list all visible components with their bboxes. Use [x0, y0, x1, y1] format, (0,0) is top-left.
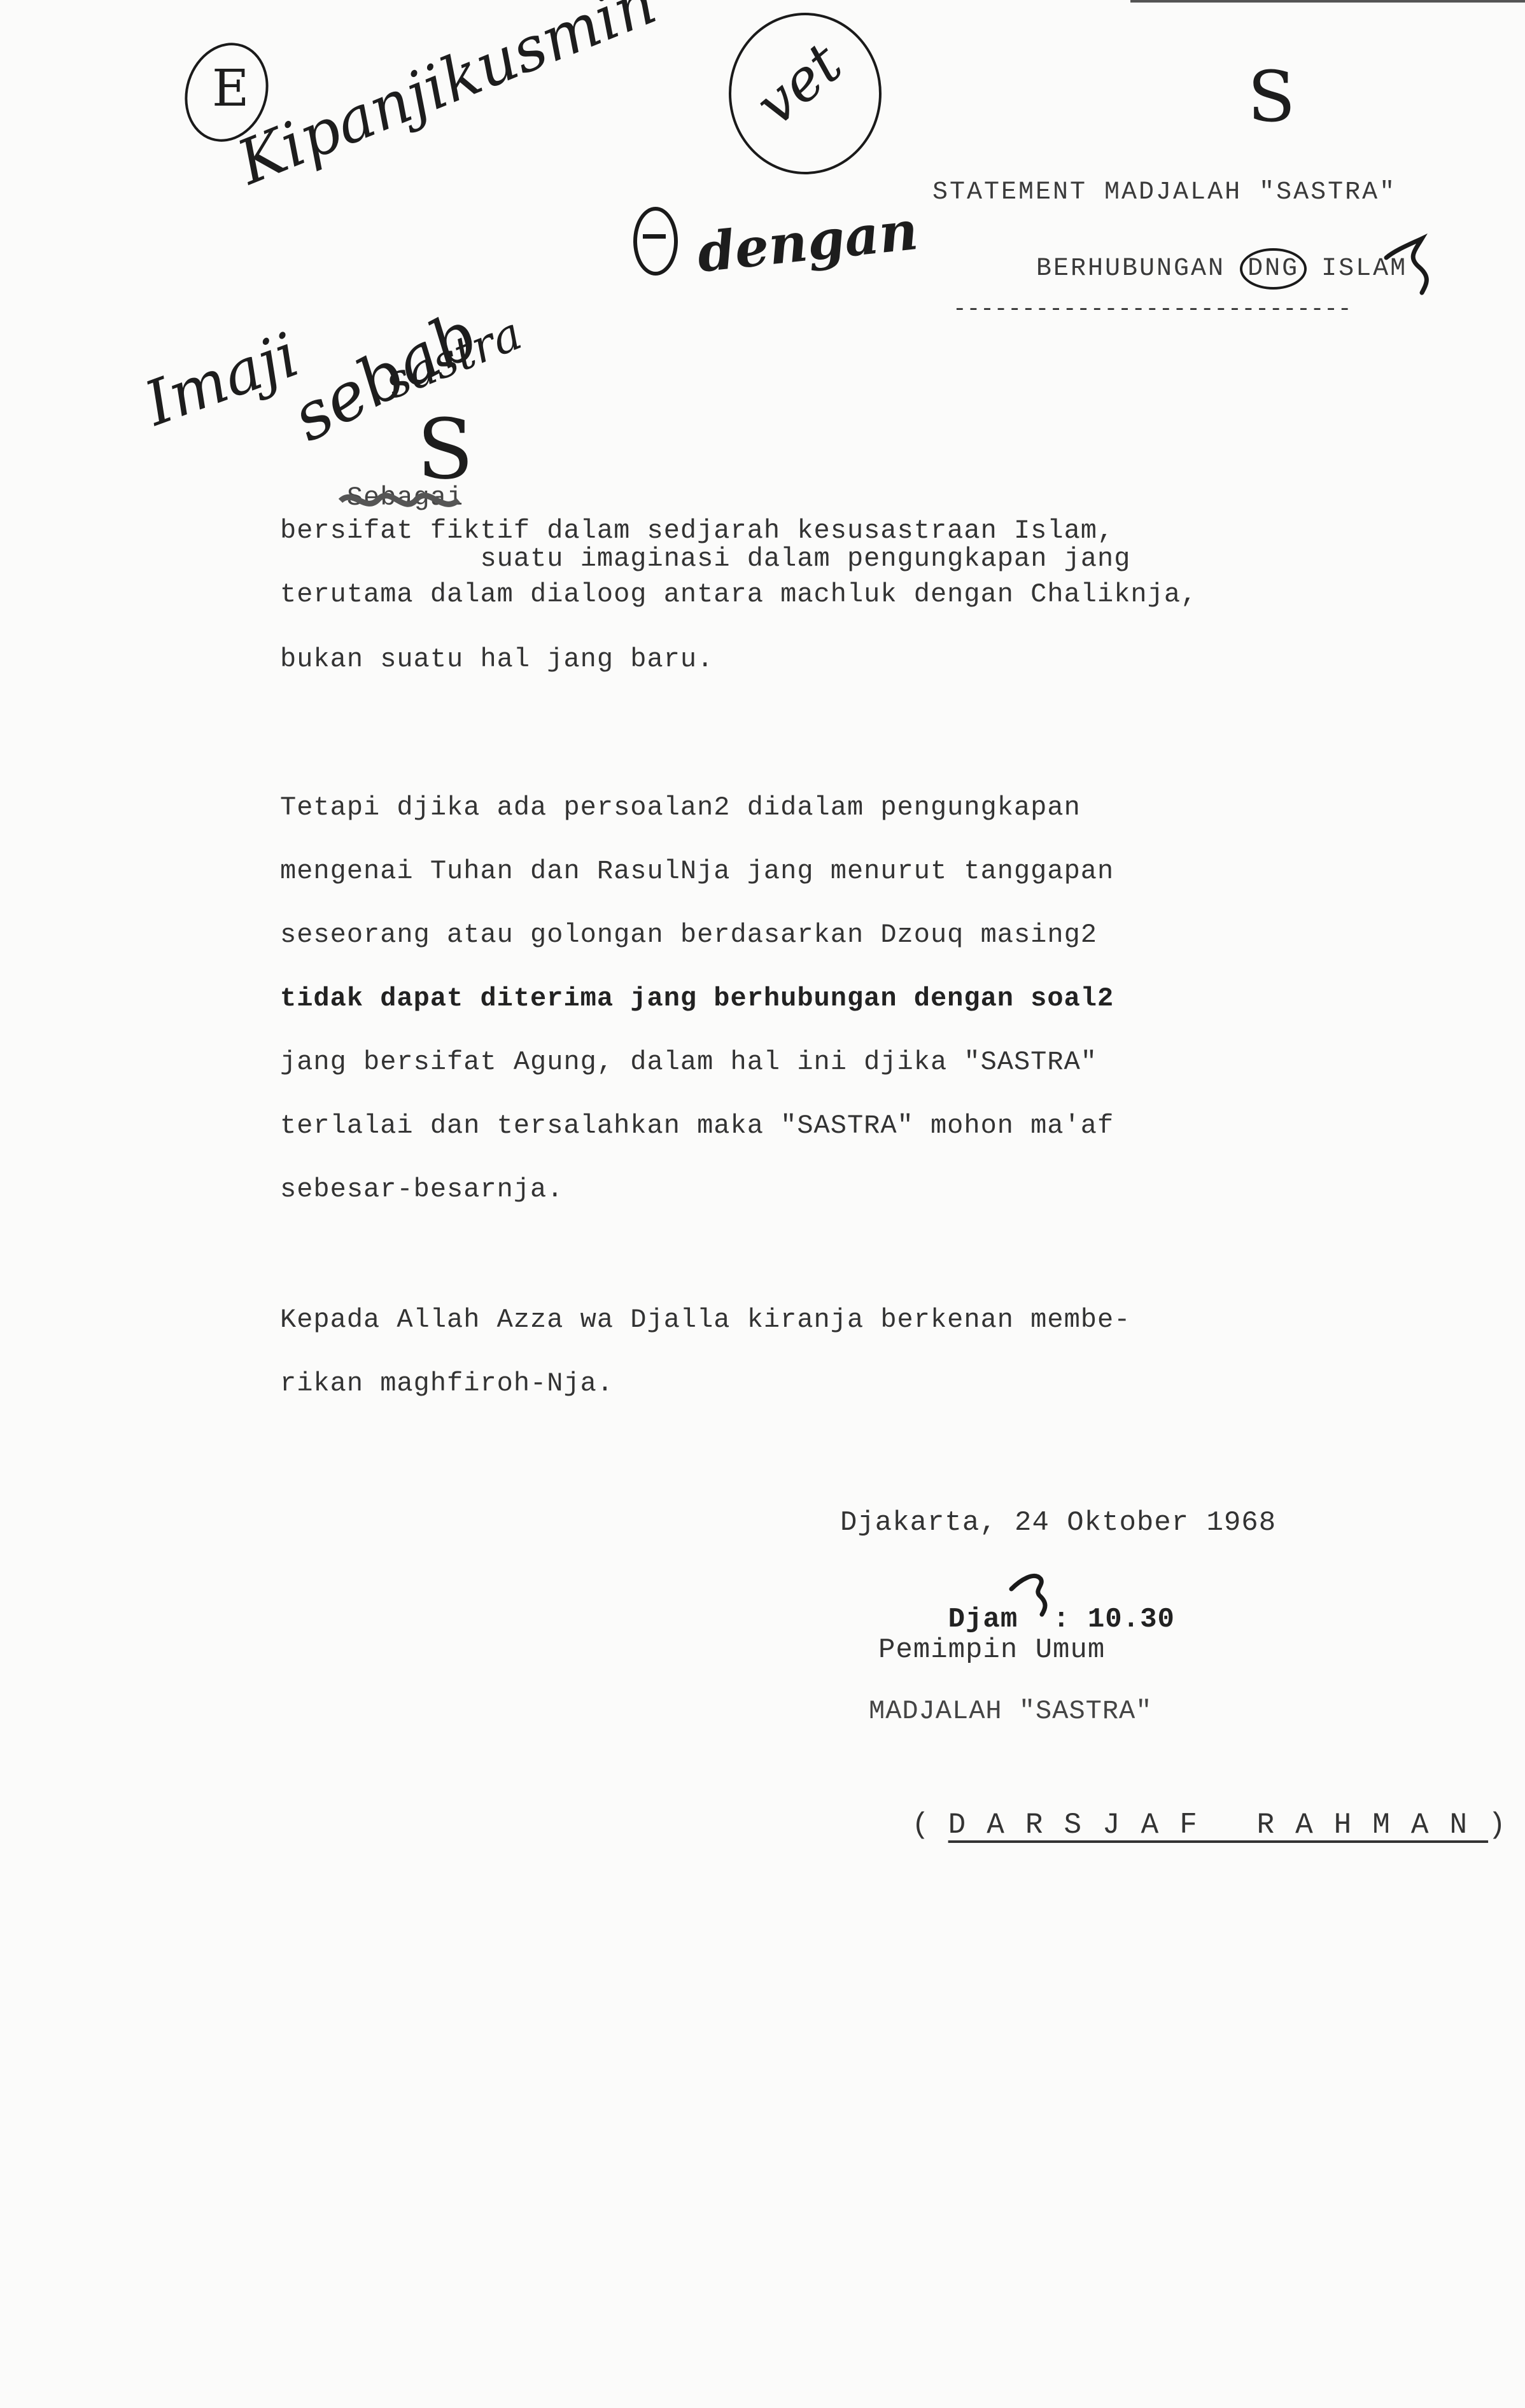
- replacement-letter: S: [417, 401, 474, 498]
- paragraph-2-line-2: mengenai Tuhan dan RasulNja jang menurut…: [280, 856, 1114, 886]
- signatory-name: DARSJAF RAHMAN: [948, 1809, 1488, 1842]
- theta-bar: [643, 234, 666, 239]
- margin-note-1: Imaji: [136, 319, 307, 440]
- signatory-role: Pemimpin Umum: [878, 1634, 1105, 1666]
- title-circled-word: DNG: [1240, 248, 1307, 290]
- paragraph-1-line-2: bersifat fiktif dalam sedjarah kesusastr…: [280, 515, 1114, 546]
- signatory-name-line: ( DARSJAF RAHMAN): [839, 1775, 1507, 1875]
- time-label: Djam: [948, 1604, 1018, 1635]
- close-paren: ): [1488, 1809, 1507, 1842]
- theta-mark: [633, 207, 678, 276]
- paragraph-3-line-2: rikan maghfiroh-Nja.: [280, 1368, 614, 1399]
- paragraph-2-line-5: jang bersifat Agung, dalam hal ini djika…: [280, 1047, 1097, 1077]
- paragraph-2-line-4: tidak dapat diterima jang berhubungan de…: [280, 983, 1114, 1014]
- place-date: Djakarta, 24 Oktober 1968: [840, 1507, 1276, 1539]
- title-correction-mark: [1382, 232, 1440, 296]
- time-correction-mark: [1009, 1569, 1053, 1620]
- paragraph-1-line-3: terutama dalam dialoog antara machluk de…: [280, 579, 1197, 610]
- scan-edge-line: [1130, 0, 1525, 3]
- page-mark: S: [1247, 56, 1295, 137]
- document-title-line1: STATEMENT MADJALAH "SASTRA": [932, 178, 1396, 207]
- paragraph-1-line-4: bukan suatu hal jang baru.: [280, 644, 713, 675]
- paragraph-2-line-6: terlalai dan tersalahkan maka "SASTRA" m…: [280, 1110, 1114, 1141]
- circled-letter: E: [212, 59, 249, 118]
- title-separator: -----------------------------: [953, 296, 1352, 322]
- open-paren: (: [911, 1809, 930, 1842]
- time-value: 10.30: [1088, 1604, 1175, 1635]
- paragraph-2-line-7: sebesar-besarnja.: [280, 1174, 563, 1205]
- title-prefix: BERHUBUNGAN: [1036, 255, 1242, 283]
- handwritten-name-note: Kipanjikusmin: [228, 0, 665, 199]
- paragraph-1-line-1-rest: suatu imaginasi dalam pengungkapan jang: [463, 543, 1130, 574]
- paragraph-2-line-1: Tetapi djika ada persoalan2 didalam peng…: [280, 792, 1081, 823]
- signatory-org: MADJALAH "SASTRA": [869, 1696, 1152, 1726]
- paragraph-3-line-1: Kepada Allah Azza wa Djalla kiranja berk…: [280, 1305, 1130, 1335]
- theta-note: dengan: [694, 199, 921, 284]
- time-separator: :: [1053, 1604, 1070, 1635]
- paragraph-2-line-3: seseorang atau golongan berdasarkan Dzou…: [280, 920, 1097, 950]
